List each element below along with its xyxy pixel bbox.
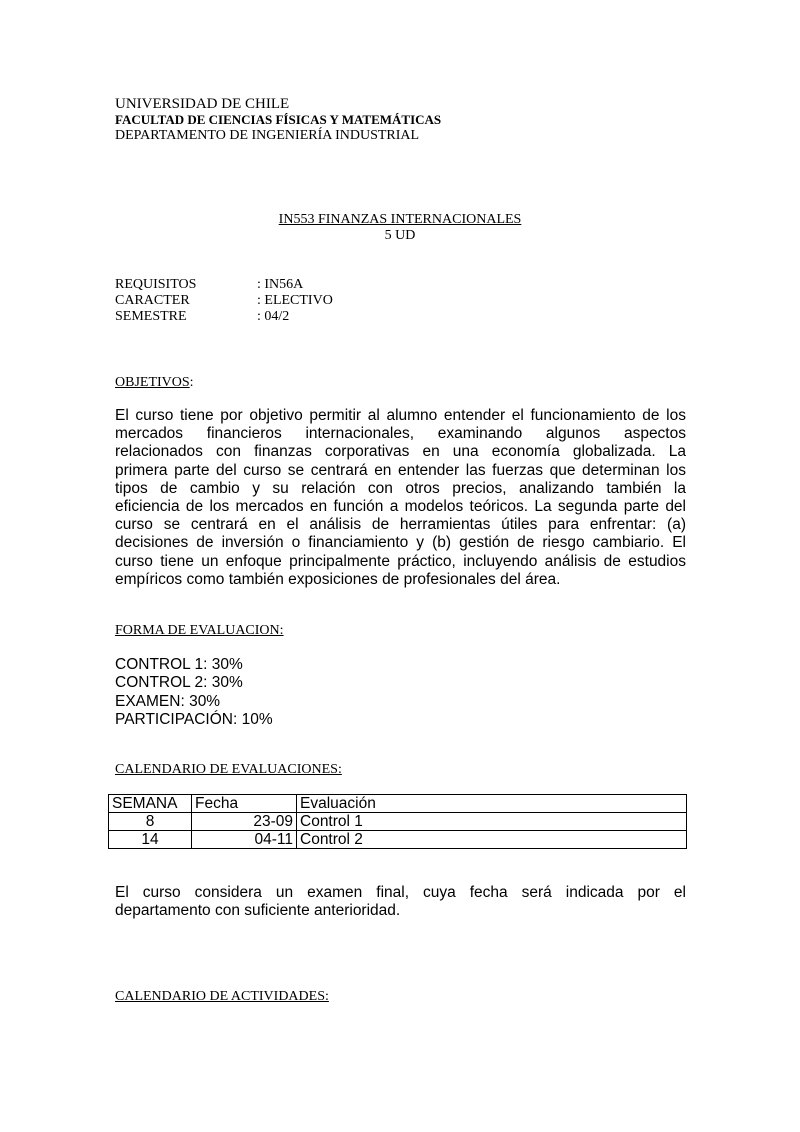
evaluacion-item: CONTROL 2: 30%: [115, 674, 273, 692]
calendario-evaluaciones-heading: CALENDARIO DE EVALUACIONES:: [115, 762, 342, 778]
course-title-block: IN553 FINANZAS INTERNACIONALES 5 UD: [115, 212, 685, 244]
objetivos-heading-text: OBJETIVOS: [115, 375, 190, 390]
objetivos-paragraph: El curso tiene por objetivo permitir al …: [115, 407, 686, 589]
meta-label: REQUISITOS: [115, 277, 257, 293]
paragraph-line: decisiones de inversión o financiamiento…: [115, 534, 686, 552]
cell-evaluacion: Control 1: [297, 813, 687, 831]
paragraph-line: tipos de cambio y su relación con otros …: [115, 480, 686, 498]
faculty-name: FACULTAD DE CIENCIAS FÍSICAS Y MATEMÁTIC…: [115, 112, 441, 128]
department-name: DEPARTAMENTO DE INGENIERÍA INDUSTRIAL: [115, 128, 441, 144]
meta-row-caracter: CARACTER : ELECTIVO: [115, 293, 333, 309]
table-row: 8 23-09 Control 1: [109, 813, 687, 831]
table-header-row: SEMANA Fecha Evaluación: [109, 795, 687, 813]
paragraph-line: relacionados con finanzas corporativas e…: [115, 443, 686, 461]
column-header-evaluacion: Evaluación: [297, 795, 687, 813]
cell-semana: 8: [109, 813, 192, 831]
cell-fecha: 04-11: [192, 831, 297, 849]
table-row: 14 04-11 Control 2: [109, 831, 687, 849]
column-header-semana: SEMANA: [109, 795, 192, 813]
evaluacion-heading: FORMA DE EVALUACION:: [115, 623, 284, 639]
objetivos-heading-suffix: :: [190, 375, 194, 390]
evaluacion-item: PARTICIPACIÓN: 10%: [115, 711, 273, 729]
evaluacion-list: CONTROL 1: 30% CONTROL 2: 30% EXAMEN: 30…: [115, 656, 273, 729]
meta-label: CARACTER: [115, 293, 257, 309]
column-header-fecha: Fecha: [192, 795, 297, 813]
paragraph-line: El curso tiene por objetivo permitir al …: [115, 407, 686, 425]
calendario-actividades-heading-suffix: :: [325, 989, 329, 1004]
evaluacion-item: EXAMEN: 30%: [115, 693, 273, 711]
meta-value: : ELECTIVO: [257, 293, 333, 309]
meta-label: SEMESTRE: [115, 309, 257, 325]
institution-header: UNIVERSIDAD DE CHILE FACULTAD DE CIENCIA…: [115, 96, 441, 144]
course-title: IN553 FINANZAS INTERNACIONALES: [279, 212, 522, 227]
university-name: UNIVERSIDAD DE CHILE: [115, 96, 441, 112]
objetivos-heading: OBJETIVOS:: [115, 375, 194, 391]
evaluacion-item: CONTROL 1: 30%: [115, 656, 273, 674]
calendario-actividades-heading: CALENDARIO DE ACTIVIDADES:: [115, 989, 329, 1005]
paragraph-line: empíricos como también exposiciones de p…: [115, 571, 686, 589]
examen-note: El curso considera un examen final, cuya…: [115, 884, 686, 920]
course-meta: REQUISITOS : IN56A CARACTER : ELECTIVO S…: [115, 277, 333, 325]
meta-value: : 04/2: [257, 309, 289, 325]
cell-semana: 14: [109, 831, 192, 849]
course-units: 5 UD: [115, 228, 685, 244]
meta-value: : IN56A: [257, 277, 303, 293]
calendario-evaluaciones-heading-text: CALENDARIO DE EVALUACIONES:: [115, 762, 342, 777]
cell-fecha: 23-09: [192, 813, 297, 831]
evaluacion-heading-text: FORMA DE EVALUACION:: [115, 623, 284, 638]
paragraph-line: El curso considera un examen final, cuya…: [115, 884, 686, 902]
paragraph-line: primera parte del curso se centrará en e…: [115, 462, 686, 480]
paragraph-line: curso tiene un enfoque principalmente pr…: [115, 553, 686, 571]
evaluaciones-table: SEMANA Fecha Evaluación 8 23-09 Control …: [108, 794, 687, 849]
cell-evaluacion: Control 2: [297, 831, 687, 849]
meta-row-requisitos: REQUISITOS : IN56A: [115, 277, 333, 293]
paragraph-line: mercados financieros internacionales, ex…: [115, 425, 686, 443]
paragraph-line: curso se centrará en el análisis de herr…: [115, 516, 686, 534]
calendario-actividades-heading-text: CALENDARIO DE ACTIVIDADES: [115, 989, 325, 1004]
paragraph-line: eficiencia de los mercados en función a …: [115, 498, 686, 516]
paragraph-line: departamento con suficiente anterioridad…: [115, 902, 686, 920]
meta-row-semestre: SEMESTRE : 04/2: [115, 309, 333, 325]
